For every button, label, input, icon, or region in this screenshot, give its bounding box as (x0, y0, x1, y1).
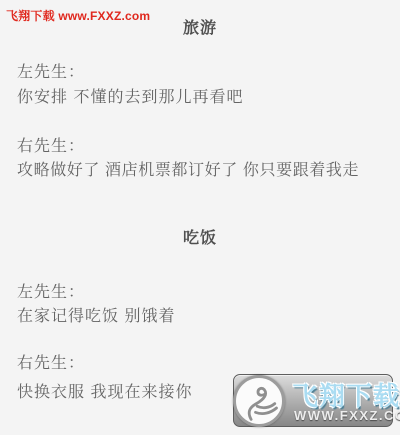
page: 飞翔下载 www.FXXZ.com 旅游 左先生： 你安排 不懂的去到那儿再看吧… (0, 0, 400, 435)
dialog-message: 你安排 不懂的去到那儿再看吧 (17, 84, 243, 107)
dialog-message: 在家记得吃饭 别饿着 (17, 303, 175, 326)
speaker-label: 左先生： (17, 279, 85, 302)
dialog-message: 快换衣服 我现在来接你 (17, 379, 192, 402)
speaker-label: 右先生： (17, 133, 85, 156)
logo-url-text: WWW.FXXZ.COM (294, 408, 400, 423)
speaker-label: 左先生： (17, 59, 85, 82)
section-title-travel: 旅游 (0, 15, 400, 38)
dialog-message: 攻略做好了 酒店机票都订好了 你只要跟着我走 (17, 157, 359, 180)
swan-icon (233, 375, 285, 427)
site-logo-watermark: 飞翔下载 WWW.FXXZ.COM (233, 374, 393, 427)
section-title-eating: 吃饭 (0, 225, 400, 248)
speaker-label: 右先生： (17, 350, 85, 373)
